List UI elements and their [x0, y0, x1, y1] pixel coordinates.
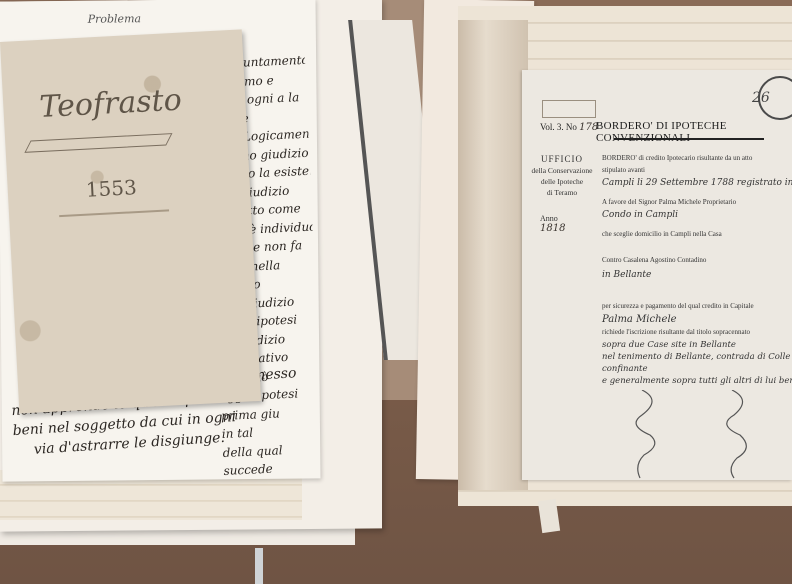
bordero-form: 26 Vol. 3. No 178 BORDERO' DI IPOTECHE C… — [522, 70, 792, 480]
form-line: Contro Casalena Agostino Contadino — [602, 256, 706, 264]
anno-value: 1818 — [540, 223, 565, 234]
notebook-cover: Teofrasto 1553 — [0, 29, 261, 413]
form-line: Palma Michele — [602, 314, 677, 325]
heading-rule — [614, 138, 764, 140]
form-line: che sceglie domicilio in Campli nella Ca… — [602, 230, 722, 238]
office-line: della Conservazione — [526, 165, 598, 176]
form-line: in Bellante — [602, 270, 651, 280]
notebook-title: Teofrasto — [39, 83, 183, 125]
anno-block: Anno 1818 — [540, 214, 565, 234]
form-line: nel tenimento di Bellante, contrada di C… — [602, 352, 790, 362]
form-line: stipulato avanti — [602, 166, 645, 174]
form-line: Campli li 29 Settembre 1788 registrato i… — [602, 178, 792, 188]
office-line: delle Ipoteche — [526, 176, 598, 187]
official-seal-icon — [758, 76, 792, 120]
form-line: A favore del Signor Palma Michele Propri… — [602, 198, 736, 206]
form-line: e generalmente sopra tutti gli altri di … — [602, 376, 792, 386]
form-line: confinante — [602, 364, 647, 374]
form-line: richiede l'iscrizione risultante dal tit… — [602, 328, 750, 336]
notebook-year: 1553 — [85, 175, 137, 202]
decorative-rule — [59, 209, 169, 217]
vol-label: Vol. 3. — [540, 122, 564, 132]
stamp-box — [542, 100, 596, 118]
office-line: di Teramo — [526, 187, 598, 198]
office-block: UFFICIO della Conservazione delle Ipotec… — [526, 154, 598, 198]
form-heading: BORDERO' DI IPOTECHE CONVENZIONALI — [596, 120, 792, 144]
manuscript-line: succede — [223, 457, 324, 480]
ornament-decoration — [24, 133, 172, 153]
form-line: sopra due Case site in Bellante — [602, 340, 736, 350]
folder-edge — [255, 548, 263, 584]
form-line: Condo in Campli — [602, 210, 678, 220]
form-line: per sicurezza e pagamento del qual credi… — [602, 302, 754, 310]
anno-label: Anno — [540, 214, 565, 223]
volume-number: Vol. 3. No 178 — [540, 122, 598, 133]
office-title: UFFICIO — [526, 154, 598, 165]
stack-torn-edges — [458, 20, 528, 490]
form-line: BORDERO' di credito Ipotecario risultant… — [602, 154, 752, 162]
pencil-squiggles — [622, 390, 782, 480]
manuscript-heading: Problema — [88, 10, 142, 29]
number-label: No — [566, 122, 577, 132]
